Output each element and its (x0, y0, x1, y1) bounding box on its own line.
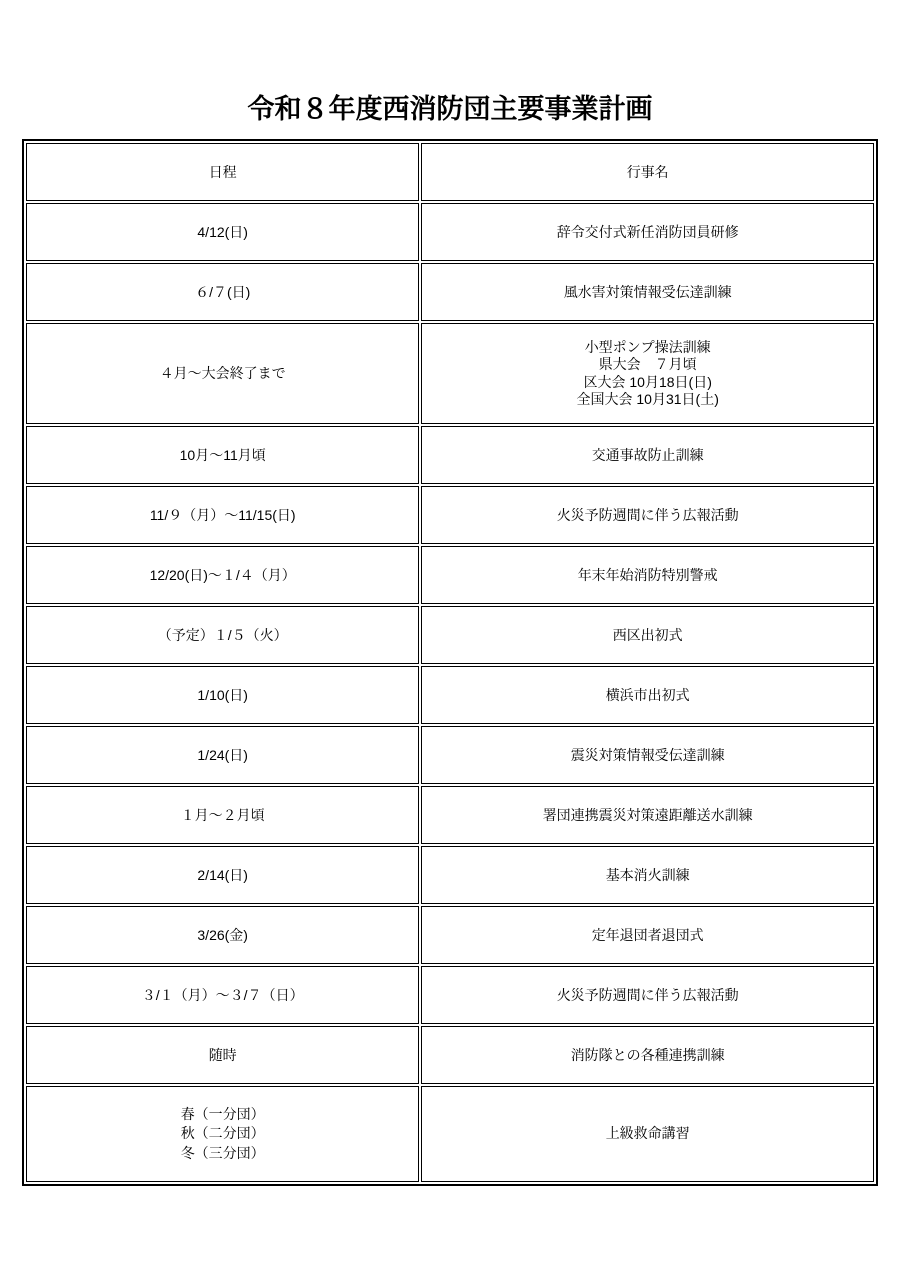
date-cell: ４月～大会終了まで (26, 323, 419, 424)
schedule-table: 日程 行事名 4/12(日) 辞令交付式新任消防団員研修 ６/７(日) 風水害対… (22, 139, 878, 1186)
event-cell: 定年退団者退団式 (421, 906, 874, 964)
event-cell: 風水害対策情報受伝達訓練 (421, 263, 874, 321)
table-row: 2/14(日) 基本消火訓練 (26, 846, 874, 904)
table-row: 10月～11月頃 交通事故防止訓練 (26, 426, 874, 484)
page-title: 令和８年度西消防団主要事業計画 (0, 0, 900, 126)
date-cell: 3/26(金) (26, 906, 419, 964)
table-row: 3/26(金) 定年退団者退団式 (26, 906, 874, 964)
event-cell: 交通事故防止訓練 (421, 426, 874, 484)
date-cell: 4/12(日) (26, 203, 419, 261)
table-row: 4/12(日) 辞令交付式新任消防団員研修 (26, 203, 874, 261)
table-row: 1/24(日) 震災対策情報受伝達訓練 (26, 726, 874, 784)
date-cell: 1/10(日) (26, 666, 419, 724)
event-cell: 基本消火訓練 (421, 846, 874, 904)
event-cell: 辞令交付式新任消防団員研修 (421, 203, 874, 261)
event-cell: 横浜市出初式 (421, 666, 874, 724)
header-date: 日程 (26, 143, 419, 201)
table-row: 春（一分団） 秋（二分団） 冬（三分団） 上級救命講習 (26, 1086, 874, 1182)
table-row: ６/７(日) 風水害対策情報受伝達訓練 (26, 263, 874, 321)
event-cell: 署団連携震災対策遠距離送水訓練 (421, 786, 874, 844)
event-cell: 小型ポンプ操法訓練 県大会 ７月頃 区大会 10月18日(日) 全国大会 10月… (421, 323, 874, 424)
table-row: （予定）１/５（火） 西区出初式 (26, 606, 874, 664)
event-cell: 火災予防週間に伴う広報活動 (421, 966, 874, 1024)
table-row: ３/１（月）～３/７（日） 火災予防週間に伴う広報活動 (26, 966, 874, 1024)
document-page: 令和８年度西消防団主要事業計画 日程 行事名 4/12(日) 辞令交付式新任消防… (0, 0, 900, 1273)
event-cell: 年末年始消防特別警戒 (421, 546, 874, 604)
date-cell: ３/１（月）～３/７（日） (26, 966, 419, 1024)
date-cell: 12/20(日)～１/４（月） (26, 546, 419, 604)
header-row: 日程 行事名 (26, 143, 874, 201)
date-cell: 1/24(日) (26, 726, 419, 784)
date-cell: 春（一分団） 秋（二分団） 冬（三分団） (26, 1086, 419, 1182)
event-cell: 西区出初式 (421, 606, 874, 664)
event-cell: 火災予防週間に伴う広報活動 (421, 486, 874, 544)
header-event: 行事名 (421, 143, 874, 201)
table-row: １月～２月頃 署団連携震災対策遠距離送水訓練 (26, 786, 874, 844)
table-row: 11/９（月）～11/15(日) 火災予防週間に伴う広報活動 (26, 486, 874, 544)
table-row: 1/10(日) 横浜市出初式 (26, 666, 874, 724)
date-cell: １月～２月頃 (26, 786, 419, 844)
date-cell: ６/７(日) (26, 263, 419, 321)
table-row: 12/20(日)～１/４（月） 年末年始消防特別警戒 (26, 546, 874, 604)
table-row: 随時 消防隊との各種連携訓練 (26, 1026, 874, 1084)
date-cell: 2/14(日) (26, 846, 419, 904)
event-cell: 震災対策情報受伝達訓練 (421, 726, 874, 784)
table-row: ４月～大会終了まで 小型ポンプ操法訓練 県大会 ７月頃 区大会 10月18日(日… (26, 323, 874, 424)
date-cell: 11/９（月）～11/15(日) (26, 486, 419, 544)
event-cell: 消防隊との各種連携訓練 (421, 1026, 874, 1084)
date-cell: （予定）１/５（火） (26, 606, 419, 664)
date-cell: 10月～11月頃 (26, 426, 419, 484)
date-cell: 随時 (26, 1026, 419, 1084)
event-cell: 上級救命講習 (421, 1086, 874, 1182)
